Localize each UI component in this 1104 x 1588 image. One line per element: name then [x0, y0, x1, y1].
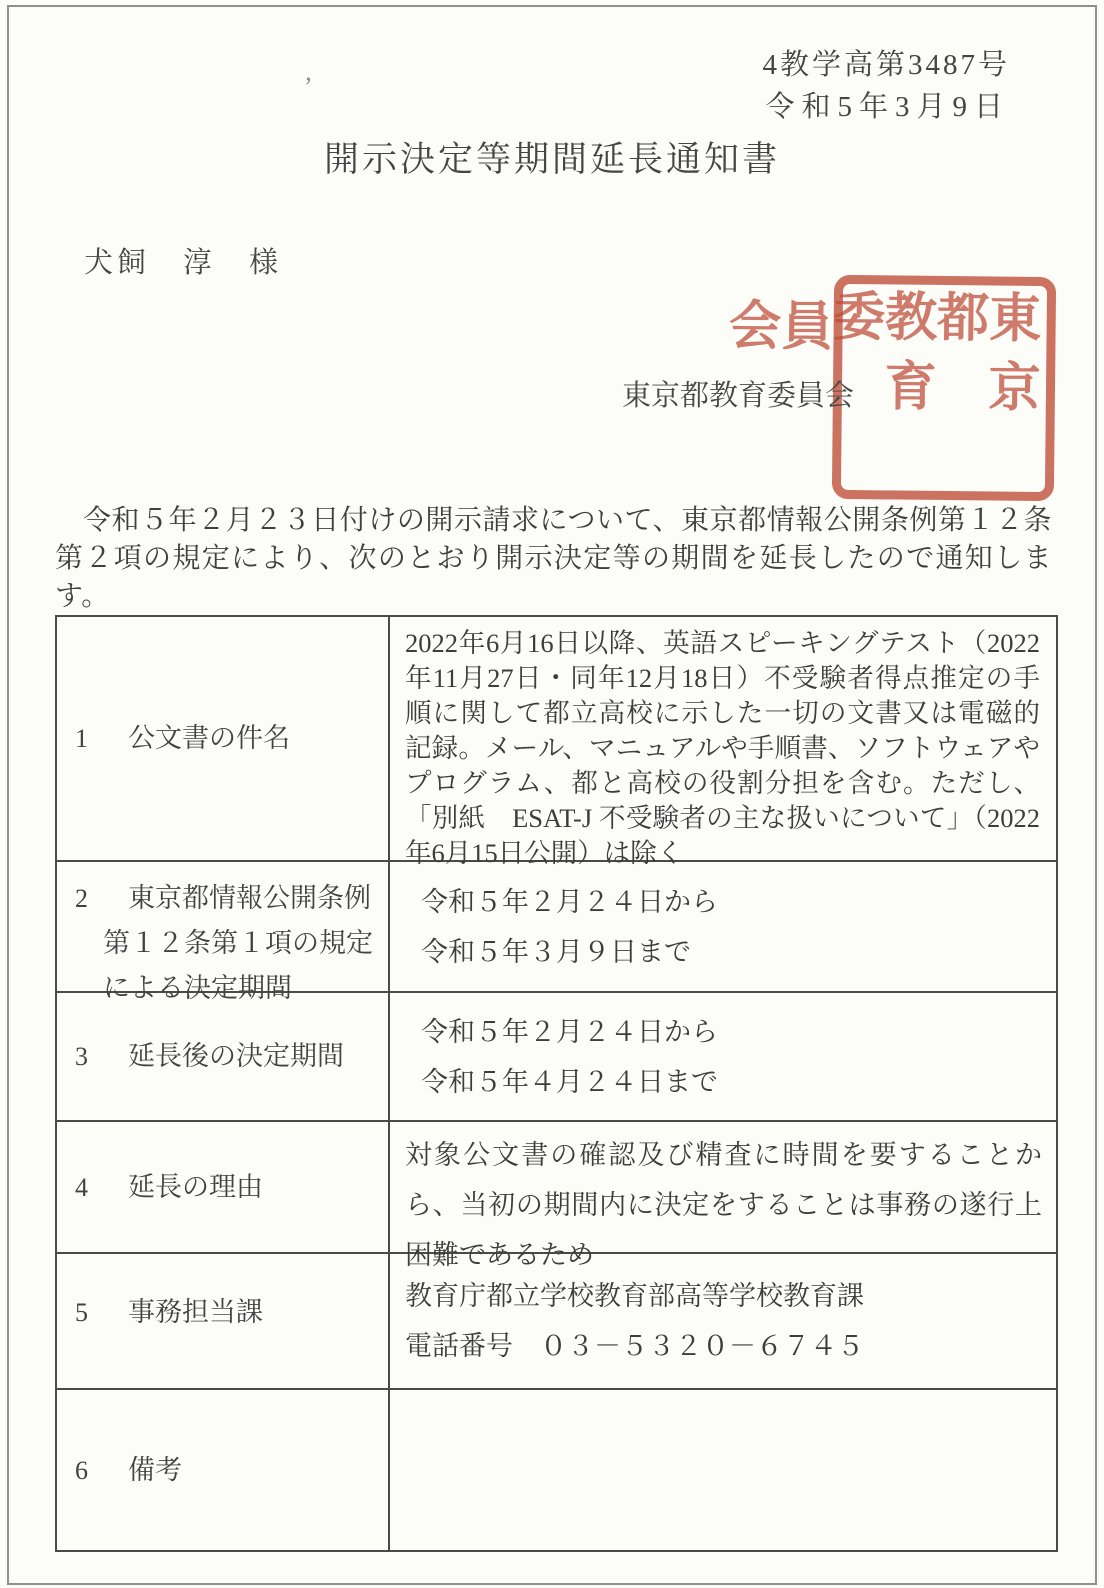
- row4-value-cell: 対象公文書の確認及び精査に時間を要することから、当初の期間内に決定をすることは事…: [390, 1122, 1056, 1252]
- row6-value-cell: [390, 1390, 1056, 1550]
- row1-value-cell: 2022年6月16日以降、英語スピーキングテスト（2022年11月27日・同年1…: [390, 617, 1056, 860]
- row1-value: 2022年6月16日以降、英語スピーキングテスト（2022年11月27日・同年1…: [405, 626, 1040, 871]
- table-row-remarks: 6 備考: [57, 1390, 1056, 1550]
- table-row-original-period: 2 東京都情報公開条例 第１２条第１項の規定 による決定期間 令和５年２月２４日…: [57, 862, 1056, 993]
- row4-label: 延長の理由: [128, 1165, 388, 1210]
- row3-value-cell: 令和５年２月２４日から 令和５年４月２４日まで: [390, 993, 1056, 1120]
- table-row-subject: 1 公文書の件名 2022年6月16日以降、英語スピーキングテスト（2022年1…: [57, 617, 1056, 862]
- table-row-department: 5 事務担当課 教育庁都立学校教育部高等学校教育課 電話番号 ０３－５３２０－６…: [57, 1254, 1056, 1390]
- row6-label-cell: 6 備考: [57, 1390, 390, 1550]
- row3-label-cell: 3 延長後の決定期間: [57, 993, 390, 1120]
- row1-label: 公文書の件名: [128, 716, 388, 761]
- row5-label-cell: 5 事務担当課: [57, 1254, 390, 1388]
- seal-column-1: 東京都: [929, 289, 1035, 488]
- row2-number: 2: [75, 876, 88, 921]
- addressee: 犬飼 淳 様: [84, 240, 282, 281]
- official-seal: 東京都 教育委 員会: [832, 275, 1056, 501]
- row2-label: 東京都情報公開条例 第１２条第１項の規定 による決定期間: [103, 876, 388, 1011]
- row2-label-cell: 2 東京都情報公開条例 第１２条第１項の規定 による決定期間: [57, 862, 390, 991]
- scan-speck: ’: [304, 72, 313, 102]
- notice-body: 令和５年２月２３日付けの開示請求について、東京都情報公開条例第１２条第２項の規定…: [55, 502, 1052, 616]
- row5-value-cell: 教育庁都立学校教育部高等学校教育課 電話番号 ０３－５３２０－６７４５: [390, 1254, 1056, 1388]
- sender-name: 東京都教育委員会: [622, 373, 854, 414]
- notice-table: 1 公文書の件名 2022年6月16日以降、英語スピーキングテスト（2022年1…: [55, 615, 1058, 1552]
- row1-label-cell: 1 公文書の件名: [57, 617, 390, 860]
- table-row-reason: 4 延長の理由 対象公文書の確認及び精査に時間を要することから、当初の期間内に決…: [57, 1122, 1056, 1254]
- document-header: 4教学高第3487号 令和5年3月9日: [762, 44, 1010, 128]
- row3-number: 3: [75, 1034, 88, 1079]
- row4-label-cell: 4 延長の理由: [57, 1122, 390, 1252]
- document-number: 4教学高第3487号: [762, 44, 1010, 86]
- row5-label: 事務担当課: [128, 1290, 388, 1335]
- page-title: 開示決定等期間延長通知書: [0, 132, 1104, 182]
- row3-label: 延長後の決定期間: [128, 1034, 388, 1079]
- document-date: 令和5年3月9日: [762, 86, 1010, 128]
- row3-value: 令和５年２月２４日から 令和５年４月２４日まで: [421, 1007, 1056, 1107]
- row2-value-cell: 令和５年２月２４日から 令和５年３月９日まで: [390, 862, 1056, 991]
- row5-number: 5: [75, 1290, 88, 1335]
- row2-value: 令和５年２月２４日から 令和５年３月９日まで: [421, 877, 1056, 977]
- table-row-extended-period: 3 延長後の決定期間 令和５年２月２４日から 令和５年４月２４日まで: [57, 993, 1056, 1122]
- row6-number: 6: [75, 1448, 88, 1493]
- document-page: ’ 4教学高第3487号 令和5年3月9日 開示決定等期間延長通知書 犬飼 淳 …: [0, 0, 1104, 1588]
- row5-value: 教育庁都立学校教育部高等学校教育課 電話番号 ０３－５３２０－６７４５: [405, 1271, 1056, 1371]
- row4-number: 4: [75, 1165, 88, 1210]
- row6-label: 備考: [128, 1448, 388, 1493]
- row1-number: 1: [75, 716, 88, 761]
